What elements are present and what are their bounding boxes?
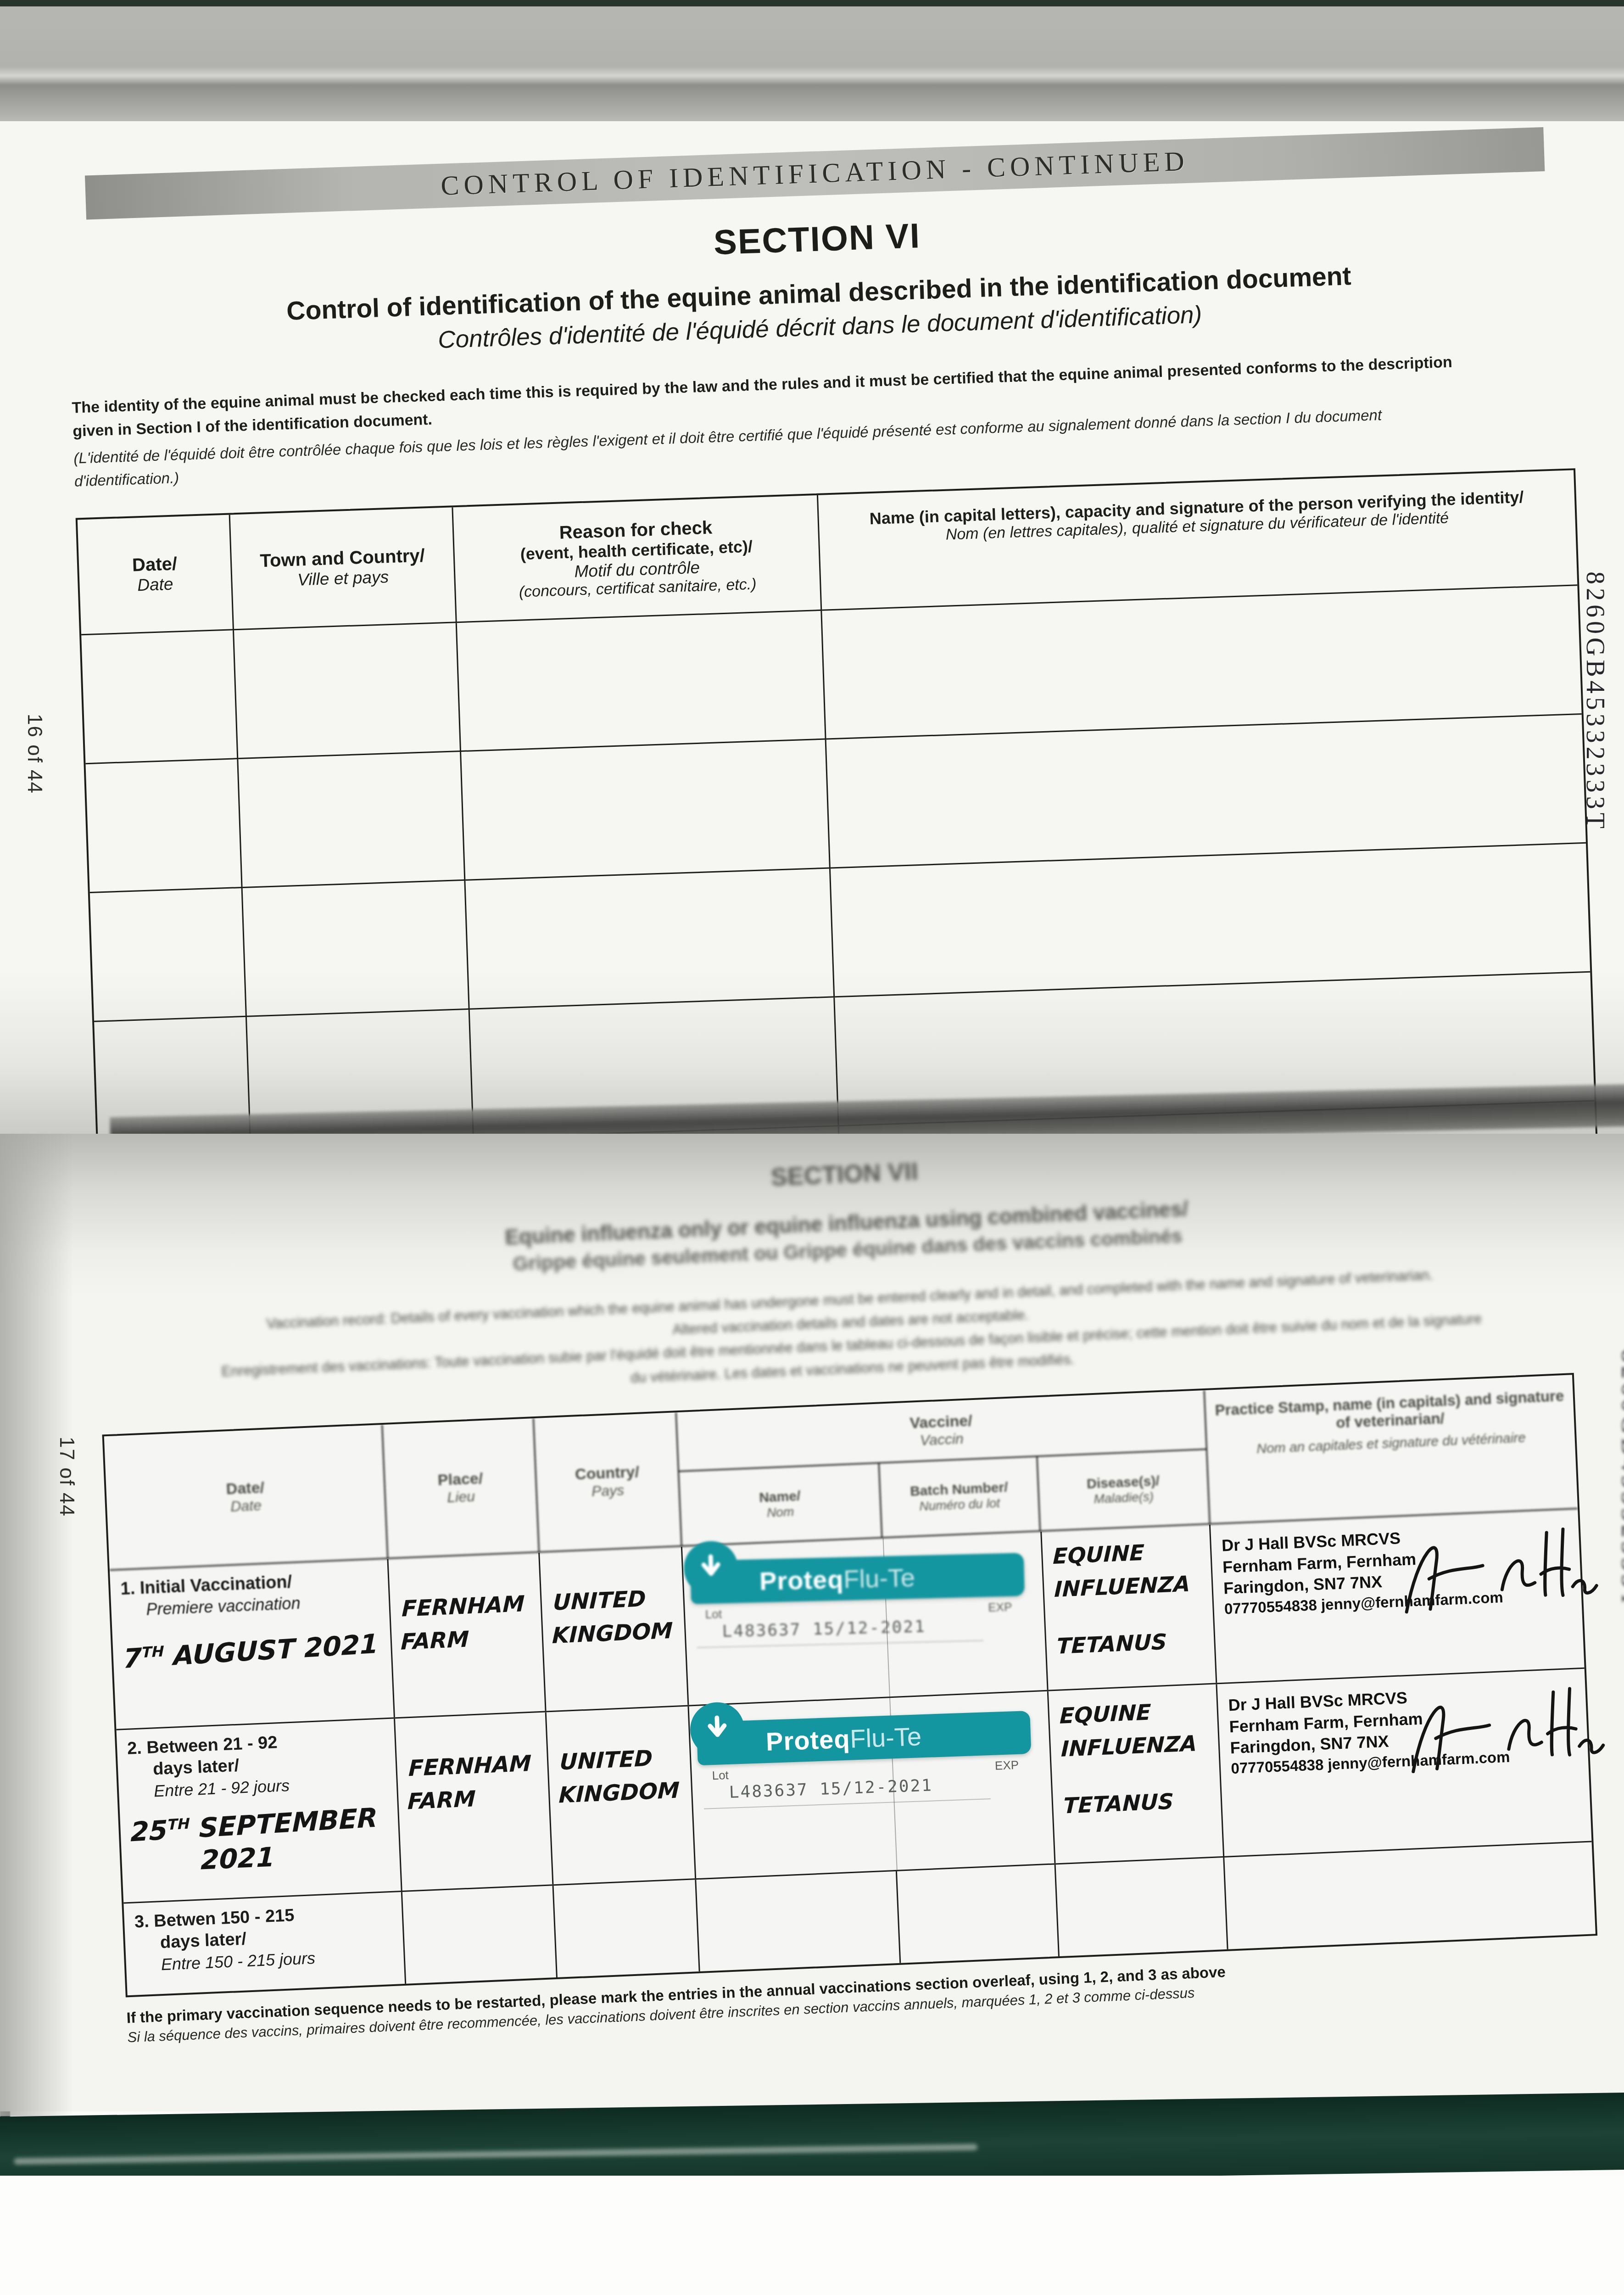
row1-date-rest: AUGUST 2021 [164,1628,379,1672]
scanned-passport-page: CONTROL OF IDENTIFICATION - CONTINUED SE… [0,0,1624,2295]
row1-date-cell: 1. Initial Vaccination/ Premiere vaccina… [110,1559,395,1729]
vt-header-disease-fr: Maladie(s) [1094,1489,1154,1506]
vt-header-stamp-fr: Nom an capitales et signature du vétérin… [1256,1430,1526,1457]
col-header-date: Date/ Date [78,515,234,635]
table-cell-empty [831,844,1591,997]
sticker-brand-bold: Proteq [759,1564,844,1595]
vt-header-stamp: Practice Stamp, name (in capitals) and s… [1205,1375,1578,1523]
col-header-town-en: Town and Country/ [260,545,425,571]
row2-place-handwritten: FERNHAM FARM [407,1746,539,1818]
col-header-date-en: Date/ [132,554,177,576]
table-cell-empty [457,611,826,752]
row1-disease-line1: EQUINE [1053,1535,1201,1573]
row1-date-day: 7 [123,1642,142,1674]
sticker-lot-label: Lot [705,1607,722,1622]
row1-disease-line3: TETANUS [1056,1625,1205,1662]
table-cell-empty [86,759,243,893]
down-arrow-icon [689,1702,745,1758]
upper-page-content: CONTROL OF IDENTIFICATION - CONTINUED SE… [64,127,1601,1134]
row2-date-cell: 2. Between 21 - 92 days later/ Entre 21 … [117,1718,403,1902]
table-cell-empty [826,715,1586,868]
cover-highlight-streak [14,2144,977,2165]
col-header-reason-fr2: (concours, certificat sanitaire, etc.) [519,575,757,601]
table-cell-empty [90,888,247,1022]
row1-country-handwritten: UNITED KINGDOM [552,1581,674,1652]
vt-header-place: Place/ Lieu [383,1418,540,1558]
col-header-date-fr: Date [137,575,174,595]
row2-country-line1: UNITED [559,1741,681,1779]
row2-country-handwritten: UNITED KINGDOM [558,1741,681,1812]
row2-place-line1: FERNHAM [408,1746,539,1785]
row1-place-line1: FERNHAM [402,1587,532,1625]
row2-vaccine-sticker: ProteqFlu-Te Lot EXP L483637 15/12-2021 [696,1711,1032,1809]
vt-header-disease: Disease(s)/ Maladie(s) [1038,1450,1209,1530]
row1-country-line2: KINGDOM [552,1614,673,1652]
sticker-brand-light: Flu-Te [849,1721,922,1753]
row1-vaccine-sticker: ProteqFlu-Te Lot EXP L483637 15/12-2021 [690,1553,1026,1648]
vt-header-date-en: Date/ [226,1479,265,1498]
row1-date-ordinal: TH [142,1643,164,1662]
row2-date-day: 25 [130,1814,167,1848]
row2-vaccine-cell: ProteqFlu-Te Lot EXP L483637 15/12-2021 [689,1691,1055,1879]
vt-header-date: Date/ Date [104,1425,389,1569]
vt-header-vaccine-en: Vaccine/ [910,1412,973,1433]
passport-code-upper: 8260GB45332333T [1580,571,1610,832]
vt-header-country-fr: Pays [591,1482,625,1500]
row3-place-cell [402,1886,558,1984]
veterinarian-signature [1384,1517,1605,1635]
row3-batch-cell [897,1864,1060,1963]
scanner-background [0,2176,1624,2295]
row1-disease-line2: INFLUENZA [1054,1568,1202,1606]
vaccination-table: Date/ Date Place/ Lieu Country/ Pays Vac… [102,1373,1598,1997]
row2-place-cell: FERNHAM FARM [395,1712,553,1890]
row3-date-cell: 3. Betwen 150 - 215 days later/ Entre 15… [123,1892,406,1995]
table-cell-empty [822,586,1582,739]
row1-disease-cell: EQUINE INFLUENZA TETANUS [1042,1524,1217,1690]
sticker-underline [697,1640,983,1648]
row1-country-line1: UNITED [552,1581,674,1619]
row2-disease-line1: EQUINE [1059,1695,1207,1732]
sticker-exp-label: EXP [988,1600,1012,1615]
sticker-exp-label: EXP [994,1758,1019,1773]
col-header-town-fr: Ville et pays [297,567,389,590]
row1-stamp-cell: Dr J Hall BVSc MRCVS Fernham Farm, Fernh… [1211,1509,1584,1683]
vt-header-name-fr: Nom [766,1505,794,1520]
lower-page-content: SECTION VII Equine influenza only or equ… [92,1134,1624,2046]
sticker-lot-label: Lot [712,1768,729,1783]
vt-header-name: Name/ Nom [679,1464,882,1545]
row3-stamp-cell [1225,1842,1596,1949]
vt-header-stamp-en: Practice Stamp, name (in capitals) and s… [1212,1387,1568,1437]
sticker-brand-bold: Proteq [765,1724,851,1756]
page-number-lower: 17 of 44 [55,1437,78,1517]
row2-place-line2: FARM [407,1780,538,1818]
table-cell-empty [242,881,469,1017]
vt-header-vaccine-fr: Vaccin [920,1430,964,1449]
row3-disease-cell [1056,1858,1228,1956]
vt-header-country-en: Country/ [575,1463,639,1483]
row3-country-cell [554,1880,700,1977]
col-header-reason: Reason for check (event, health certific… [453,495,822,623]
banner-text: CONTROL OF IDENTIFICATION - CONTINUED [440,145,1189,202]
table-cell-empty [234,623,461,759]
row2-disease-line2: INFLUENZA [1060,1728,1209,1765]
down-arrow-icon [683,1540,739,1596]
row3-vaccine-name-cell [696,1871,901,1971]
row1-place-handwritten: FERNHAM FARM [401,1587,532,1658]
vt-header-date-fr: Date [230,1497,262,1515]
table-cell-empty [465,868,835,1009]
upper-page: CONTROL OF IDENTIFICATION - CONTINUED SE… [0,121,1624,1134]
table-cell-empty [461,740,831,881]
row2-date-ordinal: TH [167,1814,190,1833]
row1-practice-stamp: Dr J Hall BVSc MRCVS Fernham Farm, Fernh… [1221,1521,1572,1619]
sticker-bar: ProteqFlu-Te [690,1553,1025,1604]
col-header-town-country: Town and Country/ Ville et pays [230,507,457,630]
book-cover-top-edge [0,0,1624,6]
vt-header-country: Country/ Pays [534,1412,682,1551]
lower-page: SECTION VII Equine influenza only or equ… [0,1134,1624,2111]
row1-place-line2: FARM [401,1620,531,1659]
sticker-brand-light: Flu-Te [843,1562,915,1594]
identification-check-table: Date/ Date Town and Country/ Ville et pa… [76,468,1601,1134]
veterinarian-signature [1391,1676,1612,1795]
vt-header-vaccine-group: Vaccine/ Vaccin Name/ Nom Batch Number/ … [676,1390,1211,1545]
passport-code-lower-partial: 8260GB45332333T [1616,1349,1624,1610]
page-number-upper: 16 of 44 [23,714,46,794]
vt-header-name-en: Name/ [759,1489,801,1506]
row1-date-handwritten: 7TH AUGUST 2021 [123,1628,381,1674]
vt-header-batch-fr: Numéro du lot [919,1496,1000,1514]
row2-practice-stamp: Dr J Hall BVSc MRCVS Fernham Farm, Fernh… [1228,1680,1579,1779]
row1-country-cell: UNITED KINGDOM [540,1547,689,1711]
row2-disease-cell: EQUINE INFLUENZA TETANUS [1049,1684,1225,1863]
lower-page-left-shadow [0,1134,73,2116]
row2-disease-line3: TETANUS [1063,1785,1211,1822]
vt-header-place-fr: Lieu [447,1488,475,1506]
row2-stamp-cell: Dr J Hall BVSc MRCVS Fernham Farm, Fernh… [1217,1669,1592,1856]
vt-header-place-en: Place/ [437,1470,483,1489]
row2-country-cell: UNITED KINGDOM [547,1706,696,1884]
row2-country-line2: KINGDOM [558,1774,680,1812]
table-cell-empty [238,752,465,888]
row1-place-cell: FERNHAM FARM [389,1553,547,1718]
vt-header-batch: Batch Number/ Numéro du lot [879,1457,1040,1537]
row2-date-year: 2021 [201,1836,390,1875]
row1-vaccine-cell: ProteqFlu-Te Lot EXP L483637 15/12-2021 [682,1532,1049,1705]
table-cell-empty [81,630,238,764]
book-spine-band [0,6,1624,122]
